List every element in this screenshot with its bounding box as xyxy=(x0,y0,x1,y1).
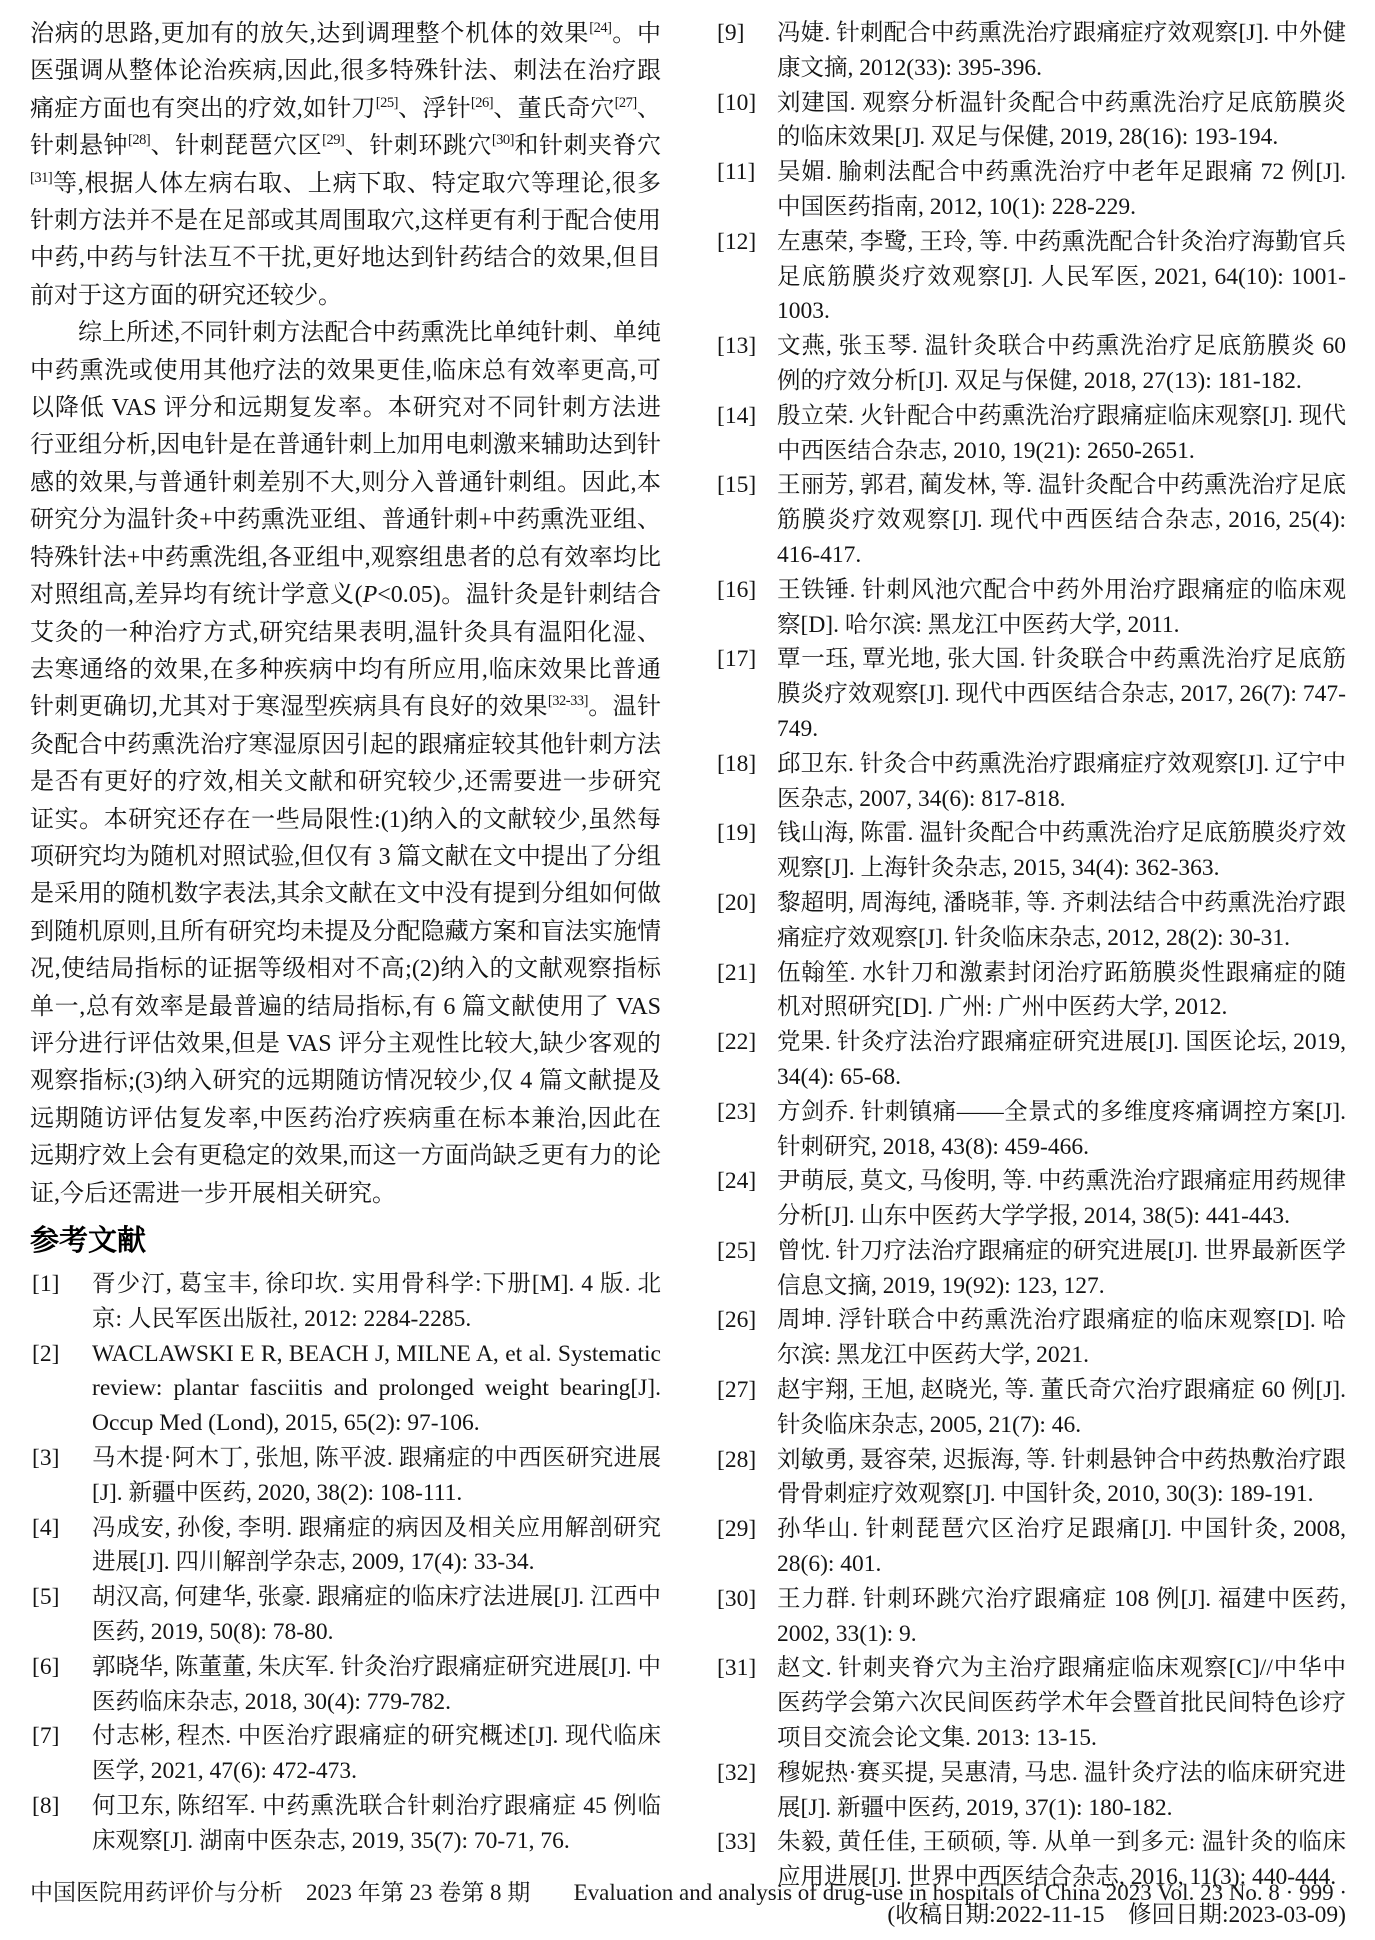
reference-number: [13] xyxy=(717,329,756,364)
reference-text: 刘建国. 观察分析温针灸配合中药熏洗治疗足底筋膜炎的临床效果[J]. 双足与保健… xyxy=(777,90,1346,151)
reference-text: 赵文. 针刺夹脊穴为主治疗跟痛症临床观察[C]//中华中医药学会第六次民间医药学… xyxy=(777,1655,1346,1751)
reference-item: [27]赵宇翔, 王旭, 赵晓光, 等. 董氏奇穴治疗跟痛症 60 例[J]. … xyxy=(715,1373,1346,1443)
citation-superscript: [30] xyxy=(492,132,514,148)
reference-number: [17] xyxy=(717,642,756,677)
reference-text: 胡汉高, 何建华, 张豪. 跟痛症的临床疗法进展[J]. 江西中医药, 2019… xyxy=(92,1584,661,1645)
reference-text: 穆妮热·赛买提, 吴惠清, 马忠. 温针灸疗法的临床研究进展[J]. 新疆中医药… xyxy=(777,1760,1346,1821)
reference-number: [33] xyxy=(717,1825,756,1860)
two-column-layout: 治病的思路,更加有的放矢,达到调理整个机体的效果[24]。中医强调从整体论治疾病… xyxy=(30,16,1345,1933)
reference-item: [30]王力群. 针刺环跳穴治疗跟痛症 108 例[J]. 福建中医药, 200… xyxy=(715,1582,1346,1652)
journal-page: 治病的思路,更加有的放矢,达到调理整个机体的效果[24]。中医强调从整体论治疾病… xyxy=(0,0,1375,1940)
reference-number: [10] xyxy=(717,86,756,121)
reference-item: [3]马木提·阿木丁, 张旭, 陈平波. 跟痛症的中西医研究进展[J]. 新疆中… xyxy=(30,1441,661,1511)
reference-item: [15]王丽芳, 郭君, 蔺发林, 等. 温针灸配合中药熏洗治疗足底筋膜炎疗效观… xyxy=(715,468,1346,572)
reference-item: [18]邱卫东. 针灸合中药熏洗治疗跟痛症疗效观察[J]. 辽宁中医杂志, 20… xyxy=(715,747,1346,817)
reference-number: [16] xyxy=(717,573,756,608)
journal-title-cn: 中国医院用药评价与分析 2023 年第 23 卷第 8 期 xyxy=(30,1878,530,1908)
reference-item: [16]王铁锤. 针刺风池穴配合中药外用治疗跟痛症的临床观察[D]. 哈尔滨: … xyxy=(715,573,1346,643)
reference-item: [5]胡汉高, 何建华, 张豪. 跟痛症的临床疗法进展[J]. 江西中医药, 2… xyxy=(30,1580,661,1650)
reference-number: [18] xyxy=(717,747,756,782)
reference-text: 钱山海, 陈雷. 温针灸配合中药熏洗治疗足底筋膜炎疗效观察[J]. 上海针灸杂志… xyxy=(777,820,1346,881)
references-list-right: [9]冯婕. 针刺配合中药熏洗治疗跟痛症疗效观察[J]. 中外健康文摘, 201… xyxy=(715,16,1346,1895)
reference-number: [7] xyxy=(32,1719,59,1754)
reference-text: 曾忱. 针刀疗法治疗跟痛症的研究进展[J]. 世界最新医学信息文摘, 2019,… xyxy=(777,1238,1346,1299)
reference-text: 左惠荣, 李鹭, 王玲, 等. 中药熏洗配合针灸治疗海勤官兵足底筋膜炎疗效观察[… xyxy=(777,229,1346,325)
reference-number: [4] xyxy=(32,1511,59,1546)
italic-symbol: P xyxy=(363,582,378,608)
reference-item: [6]郭晓华, 陈董董, 朱庆军. 针灸治疗跟痛症研究进展[J]. 中医药临床杂… xyxy=(30,1650,661,1720)
reference-text: 文燕, 张玉琴. 温针灸联合中药熏洗治疗足底筋膜炎 60 例的疗效分析[J]. … xyxy=(777,333,1346,394)
reference-number: [8] xyxy=(32,1789,59,1824)
references-list-left: [1]胥少汀, 葛宝丰, 徐印坎. 实用骨科学:下册[M]. 4 版. 北京: … xyxy=(30,1267,661,1859)
reference-number: [19] xyxy=(717,816,756,851)
reference-text: 胥少汀, 葛宝丰, 徐印坎. 实用骨科学:下册[M]. 4 版. 北京: 人民军… xyxy=(92,1271,661,1332)
reference-number: [30] xyxy=(717,1582,756,1617)
reference-text: 冯成安, 孙俊, 李明. 跟痛症的病因及相关应用解剖研究进展[J]. 四川解剖学… xyxy=(92,1515,661,1576)
reference-item: [2]WACLAWSKI E R, BEACH J, MILNE A, et a… xyxy=(30,1337,661,1441)
reference-text: 周坤. 浮针联合中药熏洗治疗跟痛症的临床观察[D]. 哈尔滨: 黑龙江中医药大学… xyxy=(777,1307,1346,1368)
citation-superscript: [29] xyxy=(322,132,344,148)
reference-item: [13]文燕, 张玉琴. 温针灸联合中药熏洗治疗足底筋膜炎 60 例的疗效分析[… xyxy=(715,329,1346,399)
reference-text: 伍翰笙. 水针刀和激素封闭治疗跖筋膜炎性跟痛症的随机对照研究[D]. 广州: 广… xyxy=(777,960,1346,1021)
reference-item: [32]穆妮热·赛买提, 吴惠清, 马忠. 温针灸疗法的临床研究进展[J]. 新… xyxy=(715,1756,1346,1826)
reference-text: 覃一珏, 覃光地, 张大国. 针灸联合中药熏洗治疗足底筋膜炎疗效观察[J]. 现… xyxy=(777,646,1346,742)
reference-number: [12] xyxy=(717,225,756,260)
reference-number: [25] xyxy=(717,1234,756,1269)
reference-number: [1] xyxy=(32,1267,59,1302)
reference-item: [23]方剑乔. 针刺镇痛——全景式的多维度疼痛调控方案[J]. 针刺研究, 2… xyxy=(715,1095,1346,1165)
reference-item: [29]孙华山. 针刺琵琶穴区治疗足跟痛[J]. 中国针灸, 2008, 28(… xyxy=(715,1512,1346,1582)
reference-text: 王丽芳, 郭君, 蔺发林, 等. 温针灸配合中药熏洗治疗足底筋膜炎疗效观察[J]… xyxy=(777,472,1346,568)
reference-number: [32] xyxy=(717,1756,756,1791)
reference-number: [24] xyxy=(717,1164,756,1199)
reference-text: 赵宇翔, 王旭, 赵晓光, 等. 董氏奇穴治疗跟痛症 60 例[J]. 针灸临床… xyxy=(777,1377,1346,1438)
citation-superscript: [31] xyxy=(30,170,52,186)
reference-number: [15] xyxy=(717,468,756,503)
reference-number: [11] xyxy=(717,155,755,190)
reference-item: [12]左惠荣, 李鹭, 王玲, 等. 中药熏洗配合针灸治疗海勤官兵足底筋膜炎疗… xyxy=(715,225,1346,329)
right-column: [9]冯婕. 针刺配合中药熏洗治疗跟痛症疗效观察[J]. 中外健康文摘, 201… xyxy=(715,16,1346,1933)
reference-item: [10]刘建国. 观察分析温针灸配合中药熏洗治疗足底筋膜炎的临床效果[J]. 双… xyxy=(715,86,1346,156)
reference-number: [29] xyxy=(717,1512,756,1547)
reference-item: [9]冯婕. 针刺配合中药熏洗治疗跟痛症疗效观察[J]. 中外健康文摘, 201… xyxy=(715,16,1346,86)
reference-item: [24]尹萌辰, 莫文, 马俊明, 等. 中药熏洗治疗跟痛症用药规律分析[J].… xyxy=(715,1164,1346,1234)
reference-text: 方剑乔. 针刺镇痛——全景式的多维度疼痛调控方案[J]. 针刺研究, 2018,… xyxy=(777,1099,1346,1160)
reference-text: 刘敏勇, 聂容荣, 迟振海, 等. 针刺悬钟合中药热敷治疗跟骨骨刺症疗效观察[J… xyxy=(777,1447,1346,1508)
reference-number: [6] xyxy=(32,1650,59,1685)
reference-text: 王力群. 针刺环跳穴治疗跟痛症 108 例[J]. 福建中医药, 2002, 3… xyxy=(777,1586,1346,1647)
reference-item: [28]刘敏勇, 聂容荣, 迟振海, 等. 针刺悬钟合中药热敷治疗跟骨骨刺症疗效… xyxy=(715,1443,1346,1513)
reference-text: 付志彬, 程杰. 中医治疗跟痛症的研究概述[J]. 现代临床医学, 2021, … xyxy=(92,1723,661,1784)
reference-item: [20]黎超明, 周海纯, 潘晓菲, 等. 齐刺法结合中药熏洗治疗跟痛症疗效观察… xyxy=(715,886,1346,956)
reference-number: [28] xyxy=(717,1443,756,1478)
reference-item: [11]吴媚. 腧刺法配合中药熏洗治疗中老年足跟痛 72 例[J]. 中国医药指… xyxy=(715,155,1346,225)
reference-text: 马木提·阿木丁, 张旭, 陈平波. 跟痛症的中西医研究进展[J]. 新疆中医药,… xyxy=(92,1445,661,1506)
reference-number: [22] xyxy=(717,1025,756,1060)
reference-item: [25]曾忱. 针刀疗法治疗跟痛症的研究进展[J]. 世界最新医学信息文摘, 2… xyxy=(715,1234,1346,1304)
reference-number: [2] xyxy=(32,1337,59,1372)
reference-text: 王铁锤. 针刺风池穴配合中药外用治疗跟痛症的临床观察[D]. 哈尔滨: 黑龙江中… xyxy=(777,577,1346,638)
journal-title-en-pagenum: Evaluation and analysis of drug-use in h… xyxy=(574,1878,1347,1908)
references-heading: 参考文献 xyxy=(30,1221,661,1261)
reference-number: [27] xyxy=(717,1373,756,1408)
reference-text: 尹萌辰, 莫文, 马俊明, 等. 中药熏洗治疗跟痛症用药规律分析[J]. 山东中… xyxy=(777,1168,1346,1229)
paragraph: 治病的思路,更加有的放矢,达到调理整个机体的效果[24]。中医强调从整体论治疾病… xyxy=(30,16,661,315)
reference-number: [14] xyxy=(717,399,756,434)
citation-superscript: [28] xyxy=(128,132,150,148)
reference-text: 何卫东, 陈绍军. 中药熏洗联合针刺治疗跟痛症 45 例临床观察[J]. 湖南中… xyxy=(92,1793,661,1854)
reference-number: [21] xyxy=(717,956,756,991)
left-column: 治病的思路,更加有的放矢,达到调理整个机体的效果[24]。中医强调从整体论治疾病… xyxy=(30,16,661,1933)
reference-text: 殷立荣. 火针配合中药熏洗治疗跟痛症临床观察[J]. 现代中西医结合杂志, 20… xyxy=(777,403,1346,464)
reference-text: 冯婕. 针刺配合中药熏洗治疗跟痛症疗效观察[J]. 中外健康文摘, 2012(3… xyxy=(777,20,1346,81)
reference-item: [31]赵文. 针刺夹脊穴为主治疗跟痛症临床观察[C]//中华中医药学会第六次民… xyxy=(715,1651,1346,1755)
reference-item: [8]何卫东, 陈绍军. 中药熏洗联合针刺治疗跟痛症 45 例临床观察[J]. … xyxy=(30,1789,661,1859)
reference-item: [14]殷立荣. 火针配合中药熏洗治疗跟痛症临床观察[J]. 现代中西医结合杂志… xyxy=(715,399,1346,469)
reference-text: 吴媚. 腧刺法配合中药熏洗治疗中老年足跟痛 72 例[J]. 中国医药指南, 2… xyxy=(777,159,1346,220)
reference-text: 孙华山. 针刺琵琶穴区治疗足跟痛[J]. 中国针灸, 2008, 28(6): … xyxy=(777,1516,1346,1577)
reference-number: [3] xyxy=(32,1441,59,1476)
reference-item: [21]伍翰笙. 水针刀和激素封闭治疗跖筋膜炎性跟痛症的随机对照研究[D]. 广… xyxy=(715,956,1346,1026)
reference-text: 邱卫东. 针灸合中药熏洗治疗跟痛症疗效观察[J]. 辽宁中医杂志, 2007, … xyxy=(777,751,1346,812)
reference-number: [20] xyxy=(717,886,756,921)
reference-text: 郭晓华, 陈董董, 朱庆军. 针灸治疗跟痛症研究进展[J]. 中医药临床杂志, … xyxy=(92,1654,661,1715)
reference-number: [9] xyxy=(717,16,744,51)
paragraph: 综上所述,不同针刺方法配合中药熏洗比单纯针刺、单纯中药熏洗或使用其他疗法的效果更… xyxy=(30,315,661,1213)
reference-item: [1]胥少汀, 葛宝丰, 徐印坎. 实用骨科学:下册[M]. 4 版. 北京: … xyxy=(30,1267,661,1337)
reference-number: [23] xyxy=(717,1095,756,1130)
reference-item: [17]覃一珏, 覃光地, 张大国. 针灸联合中药熏洗治疗足底筋膜炎疗效观察[J… xyxy=(715,642,1346,746)
reference-text: 党果. 针灸疗法治疗跟痛症研究进展[J]. 国医论坛, 2019, 34(4):… xyxy=(777,1029,1346,1090)
reference-text: WACLAWSKI E R, BEACH J, MILNE A, et al. … xyxy=(92,1341,661,1437)
reference-item: [22]党果. 针灸疗法治疗跟痛症研究进展[J]. 国医论坛, 2019, 34… xyxy=(715,1025,1346,1095)
reference-item: [26]周坤. 浮针联合中药熏洗治疗跟痛症的临床观察[D]. 哈尔滨: 黑龙江中… xyxy=(715,1303,1346,1373)
reference-number: [26] xyxy=(717,1303,756,1338)
reference-item: [7]付志彬, 程杰. 中医治疗跟痛症的研究概述[J]. 现代临床医学, 202… xyxy=(30,1719,661,1789)
citation-superscript: [32-33] xyxy=(548,693,588,709)
reference-item: [19]钱山海, 陈雷. 温针灸配合中药熏洗治疗足底筋膜炎疗效观察[J]. 上海… xyxy=(715,816,1346,886)
page-footer: 中国医院用药评价与分析 2023 年第 23 卷第 8 期 Evaluation… xyxy=(30,1878,1347,1908)
reference-number: [5] xyxy=(32,1580,59,1615)
citation-superscript: [26] xyxy=(471,95,493,111)
reference-text: 黎超明, 周海纯, 潘晓菲, 等. 齐刺法结合中药熏洗治疗跟痛症疗效观察[J].… xyxy=(777,890,1346,951)
citation-superscript: [25] xyxy=(376,95,398,111)
discussion-text: 治病的思路,更加有的放矢,达到调理整个机体的效果[24]。中医强调从整体论治疾病… xyxy=(30,16,661,1213)
reference-item: [4]冯成安, 孙俊, 李明. 跟痛症的病因及相关应用解剖研究进展[J]. 四川… xyxy=(30,1511,661,1581)
citation-superscript: [24] xyxy=(589,20,611,36)
citation-superscript: [27] xyxy=(615,95,637,111)
reference-number: [31] xyxy=(717,1651,756,1686)
